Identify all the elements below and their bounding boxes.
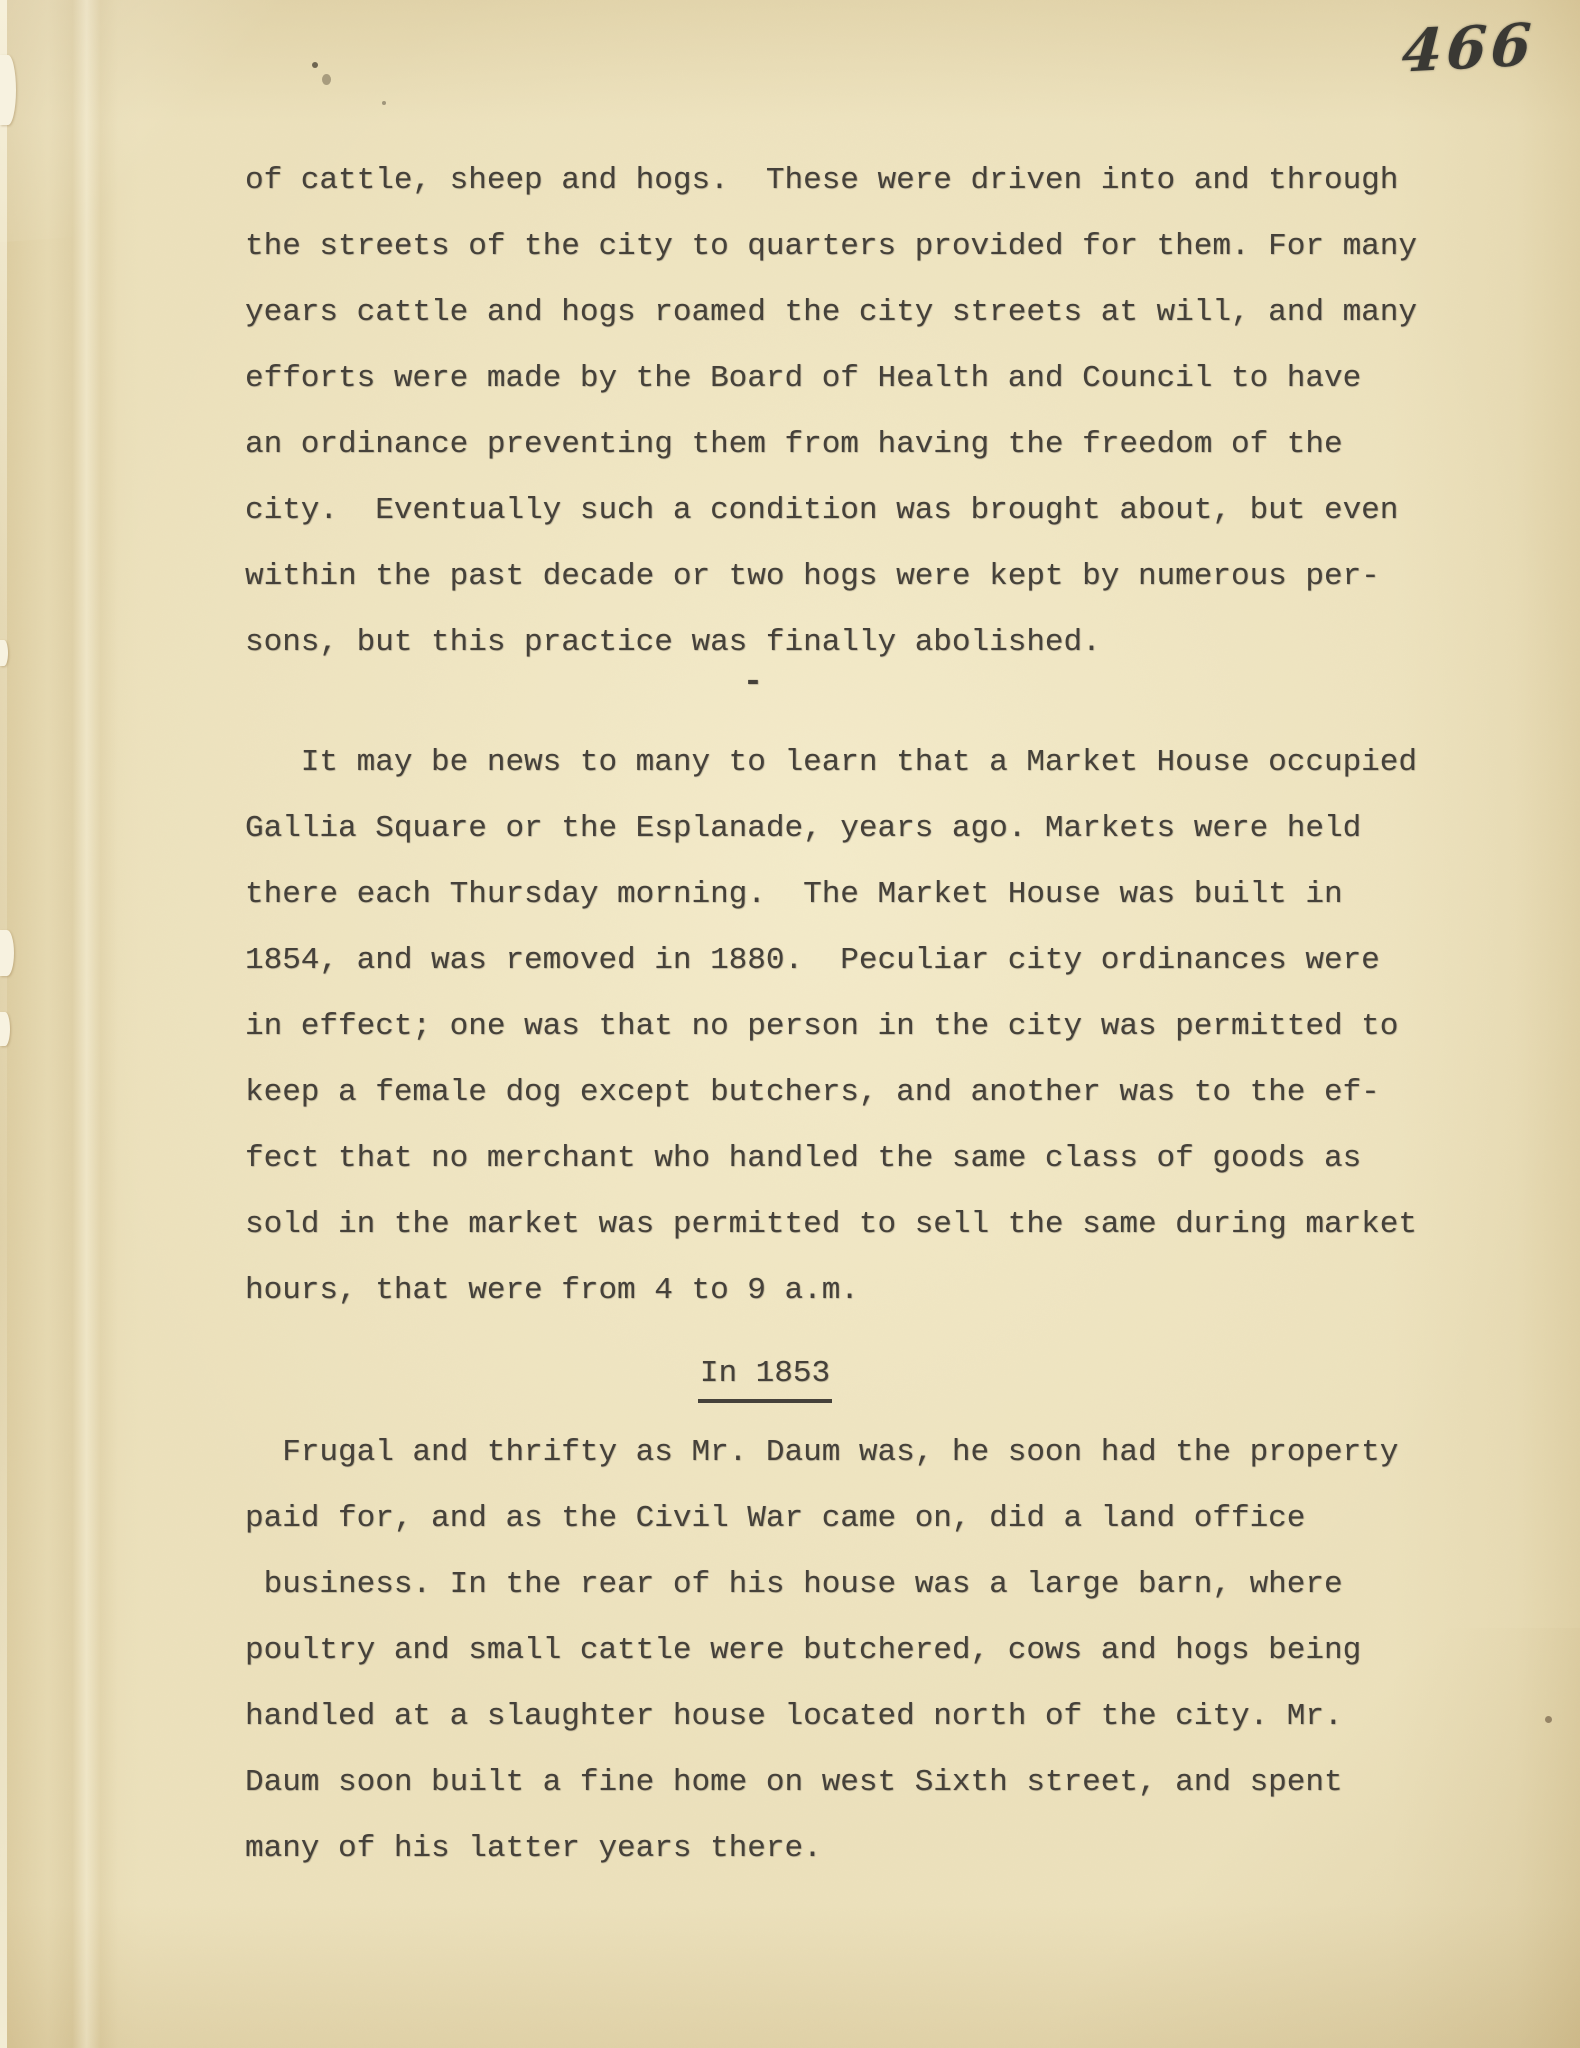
typed-line: business. In the rear of his house was a… [245,1552,1475,1618]
typed-line: Daum soon built a fine home on west Sixt… [245,1750,1475,1816]
typed-paragraph-market-house: It may be news to many to learn that a M… [245,730,1475,1324]
typed-line: there each Thursday morning. The Market … [245,862,1475,928]
ink-speck [382,101,386,105]
typed-line: of cattle, sheep and hogs. These were dr… [245,148,1475,214]
separator-dash: - [743,664,763,702]
typed-line: paid for, and as the Civil War came on, … [245,1486,1475,1552]
typed-line: efforts were made by the Board of Health… [245,346,1475,412]
typed-line: within the past decade or two hogs were … [245,544,1475,610]
typed-paragraph-cattle: of cattle, sheep and hogs. These were dr… [245,148,1475,676]
typed-line: handled at a slaughter house located nor… [245,1684,1475,1750]
typed-paragraph-daum: Frugal and thrifty as Mr. Daum was, he s… [245,1420,1475,1882]
typed-line: It may be news to many to learn that a M… [245,730,1475,796]
typed-line: keep a female dog except butchers, and a… [245,1060,1475,1126]
section-heading: In 1853 [698,1352,832,1403]
torn-edge-chip [0,640,8,666]
typed-line: 1854, and was removed in 1880. Peculiar … [245,928,1475,994]
scanned-document-page: 466 of cattle, sheep and hogs. These wer… [0,0,1580,2048]
typed-line: in effect; one was that no person in the… [245,994,1475,1060]
paragraph-separator: - [245,664,1445,702]
torn-edge-chip [0,55,16,125]
typed-line: hours, that were from 4 to 9 a.m. [245,1258,1475,1324]
typed-line: the streets of the city to quarters prov… [245,214,1475,280]
typed-line: fect that no merchant who handled the sa… [245,1126,1475,1192]
torn-edge-chip [0,1012,10,1046]
ink-speck [312,62,318,68]
torn-edge-chip [0,930,14,976]
section-heading-row: In 1853 [245,1352,1445,1403]
typed-line: city. Eventually such a condition was br… [245,478,1475,544]
typed-line: sold in the market was permitted to sell… [245,1192,1475,1258]
typed-line: many of his latter years there. [245,1816,1475,1882]
ink-speck [1545,1716,1552,1723]
typed-line: Frugal and thrifty as Mr. Daum was, he s… [245,1420,1475,1486]
typed-line: an ordinance preventing them from having… [245,412,1475,478]
paper-crease-left [48,0,118,2048]
typed-line: poultry and small cattle were butchered,… [245,1618,1475,1684]
ink-speck [322,74,331,85]
handwritten-page-number: 466 [1400,10,1536,85]
typed-line: Gallia Square or the Esplanade, years ag… [245,796,1475,862]
typed-line: years cattle and hogs roamed the city st… [245,280,1475,346]
